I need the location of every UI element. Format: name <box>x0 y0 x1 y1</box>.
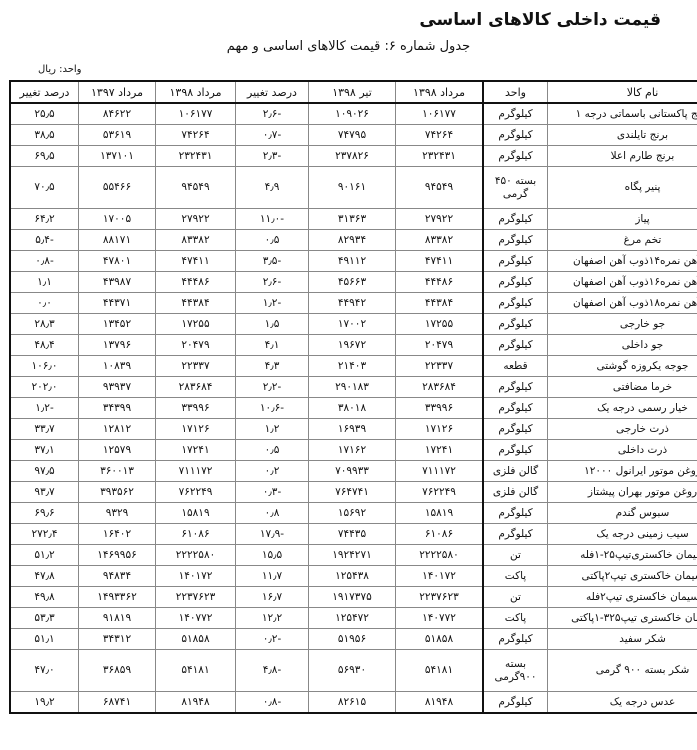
cell-mordad-1397: ۴۳۹۸۷ <box>79 272 156 293</box>
table-row: سیمان خاکستری‌تیپ۲۵-۱فلهتن۲۲۲۲۵۸۰۱۹۲۴۲۷۱… <box>10 545 697 566</box>
cell-item-name: برنج پاکستانی باسماتی درجه ۱ <box>548 103 697 125</box>
cell-pct-change-yearly: ۰٫۰ <box>10 293 79 314</box>
cell-item-name: ذرت خارجی <box>548 419 697 440</box>
cell-mordad-1398: ۱۷۱۲۶ <box>396 419 484 440</box>
cell-mordad-1398: ۲۲۳۳۷ <box>396 356 484 377</box>
cell-item-name: سیب زمینی درجه یک <box>548 524 697 545</box>
cell-pct-change-yearly: ۵۱٫۲ <box>10 545 79 566</box>
cell-tir-1398: ۲۹۰۱۸۳ <box>309 377 396 398</box>
table-row: جو داخلیکیلوگرم۲۰۴۷۹۱۹۶۷۲۴٫۱۲۰۴۷۹۱۳۷۹۶۴۸… <box>10 335 697 356</box>
cell-mordad-1397: ۱۳۷۱۰۱ <box>79 146 156 167</box>
cell-item-name: تیرآهن نمره۱۸ذوب آهن اصفهان <box>548 293 697 314</box>
cell-mordad-1398: ۲۰۴۷۹ <box>396 335 484 356</box>
cell-unit: تن <box>483 545 548 566</box>
cell-item-name: برنج تایلندی <box>548 125 697 146</box>
cell-pct-change-monthly: -۳٫۵ <box>236 251 309 272</box>
cell-tir-1398: ۷۰۹۹۳۳ <box>309 461 396 482</box>
cell-pct-change-monthly: -۲٫۲ <box>236 377 309 398</box>
cell-mordad-1398: ۱۷۲۵۵ <box>396 314 484 335</box>
table-row: تیرآهن نمره۱۶ذوب آهن اصفهانکیلوگرم۴۴۴۸۶۴… <box>10 272 697 293</box>
cell-item-name: روغن موتور بهران پیشتاز <box>548 482 697 503</box>
table-row: شکر بسته ۹۰۰ گرمیبسته ۹۰۰گرمی۵۴۱۸۱۵۶۹۳۰-… <box>10 650 697 692</box>
cell-pct-change-monthly: -۰٫۷ <box>236 125 309 146</box>
table-row: سیمان خاکستری تیپ۲پاکتیپاکت۱۴۰۱۷۲۱۲۵۴۳۸۱… <box>10 566 697 587</box>
cell-item-name: سبوس گندم <box>548 503 697 524</box>
cell-unit: بسته ۴۵۰ گرمی <box>483 167 548 209</box>
cell-mordad-1398: ۲۲۳۷۶۲۳ <box>396 587 484 608</box>
cell-unit: پاکت <box>483 566 548 587</box>
cell-pct-change-yearly: ۲۰۲٫۰ <box>10 377 79 398</box>
cell-mordad-1397: ۳۹۳۵۶۲ <box>79 482 156 503</box>
cell-mordad-1397: ۵۵۴۶۶ <box>79 167 156 209</box>
table-row: پیازکیلوگرم۲۷۹۲۲۳۱۳۶۳-۱۱٫۰۲۷۹۲۲۱۷۰۰۵۶۴٫۲ <box>10 209 697 230</box>
cell-mordad-1397: ۴۷۸۰۱ <box>79 251 156 272</box>
cell-pct-change-monthly: ۰٫۵ <box>236 440 309 461</box>
cell-mordad-1398: ۷۴۲۶۴ <box>396 125 484 146</box>
cell-mordad-1398-b: ۱۷۲۵۵ <box>156 314 236 335</box>
cell-tir-1398: ۲۳۷۸۲۶ <box>309 146 396 167</box>
cell-mordad-1398-b: ۴۴۳۸۴ <box>156 293 236 314</box>
cell-pct-change-monthly: -۱۱٫۰ <box>236 209 309 230</box>
cell-mordad-1398: ۱۴۰۱۷۲ <box>396 566 484 587</box>
cell-mordad-1398-b: ۲۸۳۶۸۴ <box>156 377 236 398</box>
cell-mordad-1397: ۳۴۳۱۲ <box>79 629 156 650</box>
price-table: نام کالا واحد مرداد ۱۳۹۸ تیر ۱۳۹۸ درصد ت… <box>9 80 697 714</box>
cell-pct-change-yearly: -۰٫۸ <box>10 251 79 272</box>
table-body: برنج پاکستانی باسماتی درجه ۱کیلوگرم۱۰۶۱۷… <box>10 103 697 713</box>
cell-tir-1398: ۱۷۱۶۲ <box>309 440 396 461</box>
cell-mordad-1397: ۱۷۰۰۵ <box>79 209 156 230</box>
cell-mordad-1398-b: ۸۳۳۸۲ <box>156 230 236 251</box>
cell-pct-change-yearly: ۱۹٫۲ <box>10 692 79 714</box>
cell-mordad-1398-b: ۲۰۴۷۹ <box>156 335 236 356</box>
cell-unit: کیلوگرم <box>483 125 548 146</box>
table-row: تیرآهن نمره۱۸ذوب آهن اصفهانکیلوگرم۴۴۳۸۴۴… <box>10 293 697 314</box>
cell-pct-change-yearly: ۱٫۱ <box>10 272 79 293</box>
cell-tir-1398: ۵۶۹۳۰ <box>309 650 396 692</box>
table-row: خیار رسمی درجه یککیلوگرم۳۳۹۹۶۳۸۰۱۸-۱۰٫۶۳… <box>10 398 697 419</box>
col-header-mordad-1398-b: مرداد ۱۳۹۸ <box>156 81 236 103</box>
cell-tir-1398: ۷۴۷۹۵ <box>309 125 396 146</box>
table-row: جوجه یکروزه گوشتیقطعه۲۲۳۳۷۲۱۴۰۳۴٫۳۲۲۳۳۷۱… <box>10 356 697 377</box>
cell-tir-1398: ۱۵۶۹۲ <box>309 503 396 524</box>
table-row: عدس درجه یککیلوگرم۸۱۹۴۸۸۲۶۱۵-۰٫۸۸۱۹۴۸۶۸۷… <box>10 692 697 714</box>
col-header-pct-change-yearly: درصد تغییر <box>10 81 79 103</box>
cell-mordad-1397: ۸۸۱۷۱ <box>79 230 156 251</box>
cell-tir-1398: ۴۵۶۶۳ <box>309 272 396 293</box>
cell-item-name: سیمان خاکستری‌تیپ۲۵-۱فله <box>548 545 697 566</box>
cell-mordad-1398: ۵۱۸۵۸ <box>396 629 484 650</box>
cell-mordad-1398-b: ۲۲۳۷۶۲۳ <box>156 587 236 608</box>
cell-mordad-1398-b: ۲۷۹۲۲ <box>156 209 236 230</box>
cell-unit: کیلوگرم <box>483 272 548 293</box>
cell-item-name: عدس درجه یک <box>548 692 697 714</box>
cell-mordad-1398: ۲۳۲۴۳۱ <box>396 146 484 167</box>
cell-mordad-1398: ۴۷۴۱۱ <box>396 251 484 272</box>
col-header-item-name: نام کالا <box>548 81 697 103</box>
cell-mordad-1398-b: ۲۲۲۲۵۸۰ <box>156 545 236 566</box>
table-header-row: نام کالا واحد مرداد ۱۳۹۸ تیر ۱۳۹۸ درصد ت… <box>10 81 697 103</box>
cell-item-name: جو داخلی <box>548 335 697 356</box>
cell-mordad-1398: ۱۵۸۱۹ <box>396 503 484 524</box>
cell-pct-change-monthly: -۴٫۸ <box>236 650 309 692</box>
cell-mordad-1397: ۱۲۸۱۲ <box>79 419 156 440</box>
cell-mordad-1398-b: ۶۱۰۸۶ <box>156 524 236 545</box>
cell-pct-change-yearly: ۶۹٫۵ <box>10 146 79 167</box>
cell-pct-change-monthly: ۱۵٫۵ <box>236 545 309 566</box>
cell-mordad-1398-b: ۷۴۲۶۴ <box>156 125 236 146</box>
cell-unit: کیلوگرم <box>483 230 548 251</box>
page-title: قیمت داخلی کالاهای اساسی <box>419 10 661 30</box>
cell-unit: بسته ۹۰۰گرمی <box>483 650 548 692</box>
cell-unit: کیلوگرم <box>483 293 548 314</box>
cell-mordad-1398: ۲۸۳۶۸۴ <box>396 377 484 398</box>
cell-tir-1398: ۱۹۲۴۲۷۱ <box>309 545 396 566</box>
cell-tir-1398: ۸۲۹۳۴ <box>309 230 396 251</box>
cell-mordad-1398-b: ۸۱۹۴۸ <box>156 692 236 714</box>
cell-mordad-1397: ۴۴۳۷۱ <box>79 293 156 314</box>
cell-pct-change-yearly: ۵۱٫۱ <box>10 629 79 650</box>
cell-tir-1398: ۵۱۹۵۶ <box>309 629 396 650</box>
cell-mordad-1398-b: ۱۰۶۱۷۷ <box>156 103 236 125</box>
cell-tir-1398: ۳۸۰۱۸ <box>309 398 396 419</box>
cell-tir-1398: ۷۶۴۷۴۱ <box>309 482 396 503</box>
cell-pct-change-monthly: ۱۲٫۲ <box>236 608 309 629</box>
cell-unit: کیلوگرم <box>483 103 548 125</box>
table-row: برنج تایلندیکیلوگرم۷۴۲۶۴۷۴۷۹۵-۰٫۷۷۴۲۶۴۵۳… <box>10 125 697 146</box>
cell-unit: کیلوگرم <box>483 251 548 272</box>
cell-pct-change-monthly: ۱۶٫۷ <box>236 587 309 608</box>
cell-unit: کیلوگرم <box>483 440 548 461</box>
cell-pct-change-yearly: -۱٫۲ <box>10 398 79 419</box>
cell-pct-change-monthly: ۴٫۱ <box>236 335 309 356</box>
cell-item-name: برنج طارم اعلا <box>548 146 697 167</box>
col-header-pct-change-monthly: درصد تغییر <box>236 81 309 103</box>
cell-tir-1398: ۴۴۹۴۲ <box>309 293 396 314</box>
cell-mordad-1398: ۷۶۲۲۴۹ <box>396 482 484 503</box>
table-row: سیمان خاکستری تیپ۲فلهتن۲۲۳۷۶۲۳۱۹۱۷۳۷۵۱۶٫… <box>10 587 697 608</box>
cell-mordad-1398: ۸۱۹۴۸ <box>396 692 484 714</box>
cell-unit: کیلوگرم <box>483 398 548 419</box>
cell-pct-change-yearly: ۴۹٫۸ <box>10 587 79 608</box>
cell-mordad-1398: ۶۱۰۸۶ <box>396 524 484 545</box>
cell-pct-change-monthly: ۴٫۳ <box>236 356 309 377</box>
table-row: سیب زمینی درجه یککیلوگرم۶۱۰۸۶۷۴۴۳۵-۱۷٫۹۶… <box>10 524 697 545</box>
cell-mordad-1398-b: ۳۳۹۹۶ <box>156 398 236 419</box>
cell-tir-1398: ۱۲۵۴۳۸ <box>309 566 396 587</box>
table-row: روغن موتور ایرانول ۱۲۰۰۰گالن فلزی۷۱۱۱۷۲۷… <box>10 461 697 482</box>
cell-pct-change-yearly: ۲۸٫۳ <box>10 314 79 335</box>
cell-mordad-1398-b: ۷۱۱۱۷۲ <box>156 461 236 482</box>
col-header-unit: واحد <box>483 81 548 103</box>
cell-mordad-1397: ۶۸۷۴۱ <box>79 692 156 714</box>
cell-unit: کیلوگرم <box>483 377 548 398</box>
cell-mordad-1397: ۹۴۸۳۴ <box>79 566 156 587</box>
cell-mordad-1398: ۱۰۶۱۷۷ <box>396 103 484 125</box>
cell-mordad-1397: ۳۶۰۰۱۳ <box>79 461 156 482</box>
cell-tir-1398: ۲۱۴۰۳ <box>309 356 396 377</box>
cell-pct-change-monthly: ۰٫۸ <box>236 503 309 524</box>
cell-pct-change-yearly: ۳۷٫۱ <box>10 440 79 461</box>
cell-item-name: تیرآهن نمره۱۴ذوب آهن اصفهان <box>548 251 697 272</box>
cell-item-name: شکر سفید <box>548 629 697 650</box>
cell-item-name: خرما مضافتی <box>548 377 697 398</box>
cell-unit: کیلوگرم <box>483 524 548 545</box>
cell-mordad-1397: ۱۲۵۷۹ <box>79 440 156 461</box>
cell-pct-change-yearly: ۳۸٫۵ <box>10 125 79 146</box>
table-row: شکر سفیدکیلوگرم۵۱۸۵۸۵۱۹۵۶-۰٫۲۵۱۸۵۸۳۴۳۱۲۵… <box>10 629 697 650</box>
cell-mordad-1398-b: ۴۴۴۸۶ <box>156 272 236 293</box>
cell-unit: تن <box>483 587 548 608</box>
cell-mordad-1397: ۹۳۹۳۷ <box>79 377 156 398</box>
table-row: ذرت داخلیکیلوگرم۱۷۲۴۱۱۷۱۶۲۰٫۵۱۷۲۴۱۱۲۵۷۹۳… <box>10 440 697 461</box>
cell-mordad-1398: ۲۷۹۲۲ <box>396 209 484 230</box>
cell-pct-change-yearly: ۲۷۲٫۴ <box>10 524 79 545</box>
cell-item-name: تخم مرغ <box>548 230 697 251</box>
cell-mordad-1398-b: ۴۷۴۱۱ <box>156 251 236 272</box>
cell-pct-change-monthly: ۱٫۲ <box>236 419 309 440</box>
cell-pct-change-monthly: -۰٫۲ <box>236 629 309 650</box>
cell-unit: کیلوگرم <box>483 314 548 335</box>
cell-tir-1398: ۱۷۰۰۲ <box>309 314 396 335</box>
cell-pct-change-yearly: ۶۹٫۶ <box>10 503 79 524</box>
cell-pct-change-yearly: ۵۳٫۳ <box>10 608 79 629</box>
cell-pct-change-yearly: ۶۴٫۲ <box>10 209 79 230</box>
cell-unit: کیلوگرم <box>483 629 548 650</box>
cell-mordad-1397: ۹۳۲۹ <box>79 503 156 524</box>
cell-pct-change-monthly: ۱٫۵ <box>236 314 309 335</box>
table-row: ذرت خارجیکیلوگرم۱۷۱۲۶۱۶۹۳۹۱٫۲۱۷۱۲۶۱۲۸۱۲۳… <box>10 419 697 440</box>
cell-item-name: جوجه یکروزه گوشتی <box>548 356 697 377</box>
cell-item-name: تیرآهن نمره۱۶ذوب آهن اصفهان <box>548 272 697 293</box>
cell-pct-change-monthly: ۴٫۹ <box>236 167 309 209</box>
cell-mordad-1398-b: ۱۷۲۴۱ <box>156 440 236 461</box>
cell-mordad-1397: ۱۰۸۳۹ <box>79 356 156 377</box>
cell-pct-change-yearly: ۷۰٫۵ <box>10 167 79 209</box>
cell-pct-change-monthly: -۰٫۳ <box>236 482 309 503</box>
cell-pct-change-yearly: ۴۷٫۸ <box>10 566 79 587</box>
cell-mordad-1397: ۳۶۸۵۹ <box>79 650 156 692</box>
cell-item-name: ذرت داخلی <box>548 440 697 461</box>
cell-item-name: شکر بسته ۹۰۰ گرمی <box>548 650 697 692</box>
cell-item-name: روغن موتور ایرانول ۱۲۰۰۰ <box>548 461 697 482</box>
table-row: پنیر پگاهبسته ۴۵۰ گرمی۹۴۵۴۹۹۰۱۶۱۴٫۹۹۴۵۴۹… <box>10 167 697 209</box>
table-row: خرما مضافتیکیلوگرم۲۸۳۶۸۴۲۹۰۱۸۳-۲٫۲۲۸۳۶۸۴… <box>10 377 697 398</box>
cell-mordad-1397: ۱۳۷۹۶ <box>79 335 156 356</box>
col-header-tir-1398: تیر ۱۳۹۸ <box>309 81 396 103</box>
cell-unit: پاکت <box>483 608 548 629</box>
cell-tir-1398: ۸۲۶۱۵ <box>309 692 396 714</box>
cell-tir-1398: ۳۱۳۶۳ <box>309 209 396 230</box>
cell-pct-change-monthly: -۱۰٫۶ <box>236 398 309 419</box>
cell-pct-change-yearly: ۲۵٫۵ <box>10 103 79 125</box>
cell-mordad-1397: ۳۴۳۹۹ <box>79 398 156 419</box>
cell-unit: قطعه <box>483 356 548 377</box>
cell-mordad-1398: ۵۴۱۸۱ <box>396 650 484 692</box>
col-header-mordad-1397: مرداد ۱۳۹۷ <box>79 81 156 103</box>
cell-mordad-1397: ۱۴۶۹۹۵۶ <box>79 545 156 566</box>
cell-mordad-1397: ۵۳۶۱۹ <box>79 125 156 146</box>
cell-mordad-1398: ۹۴۵۴۹ <box>396 167 484 209</box>
cell-pct-change-yearly: ۴۷٫۰ <box>10 650 79 692</box>
cell-item-name: خیار رسمی درجه یک <box>548 398 697 419</box>
table-row: تخم مرغکیلوگرم۸۳۳۸۲۸۲۹۳۴۰٫۵۸۳۳۸۲۸۸۱۷۱-۵٫… <box>10 230 697 251</box>
cell-pct-change-yearly: -۵٫۴ <box>10 230 79 251</box>
cell-item-name: پیاز <box>548 209 697 230</box>
unit-note: واحد: ریال <box>38 64 82 75</box>
cell-mordad-1398-b: ۹۴۵۴۹ <box>156 167 236 209</box>
cell-item-name: پنیر پگاه <box>548 167 697 209</box>
cell-mordad-1397: ۱۶۴۰۲ <box>79 524 156 545</box>
cell-pct-change-yearly: ۳۳٫۷ <box>10 419 79 440</box>
table-caption: جدول شماره ۶: قیمت کالاهای اساسی و مهم <box>0 39 697 54</box>
table-row: تیرآهن نمره۱۴ذوب آهن اصفهانکیلوگرم۴۷۴۱۱۴… <box>10 251 697 272</box>
cell-tir-1398: ۱۹۶۷۲ <box>309 335 396 356</box>
table-row: سیمان خاکستری تیپ۳۲۵-۱پاکتیپاکت۱۴۰۷۷۲۱۲۵… <box>10 608 697 629</box>
cell-tir-1398: ۱۲۵۴۷۲ <box>309 608 396 629</box>
cell-pct-change-monthly: ۰٫۵ <box>236 230 309 251</box>
cell-unit: کیلوگرم <box>483 503 548 524</box>
cell-mordad-1397: ۱۳۴۵۲ <box>79 314 156 335</box>
cell-pct-change-yearly: ۴۸٫۴ <box>10 335 79 356</box>
cell-mordad-1398: ۱۴۰۷۷۲ <box>396 608 484 629</box>
cell-pct-change-monthly: -۱٫۲ <box>236 293 309 314</box>
cell-pct-change-monthly: ۰٫۲ <box>236 461 309 482</box>
cell-tir-1398: ۱۶۹۳۹ <box>309 419 396 440</box>
cell-mordad-1398-b: ۵۱۸۵۸ <box>156 629 236 650</box>
cell-pct-change-yearly: ۱۰۶٫۰ <box>10 356 79 377</box>
cell-mordad-1398-b: ۱۴۰۷۷۲ <box>156 608 236 629</box>
cell-unit: کیلوگرم <box>483 209 548 230</box>
cell-mordad-1397: ۱۴۹۳۳۶۲ <box>79 587 156 608</box>
cell-mordad-1397: ۸۴۶۲۲ <box>79 103 156 125</box>
cell-unit: گالن فلزی <box>483 482 548 503</box>
cell-mordad-1398-b: ۱۵۸۱۹ <box>156 503 236 524</box>
cell-unit: گالن فلزی <box>483 461 548 482</box>
table-row: برنج طارم اعلاکیلوگرم۲۳۲۴۳۱۲۳۷۸۲۶-۲٫۳۲۳۲… <box>10 146 697 167</box>
cell-pct-change-yearly: ۹۳٫۷ <box>10 482 79 503</box>
cell-tir-1398: ۹۰۱۶۱ <box>309 167 396 209</box>
cell-pct-change-monthly: -۱۷٫۹ <box>236 524 309 545</box>
cell-pct-change-monthly: ۱۱٫۷ <box>236 566 309 587</box>
table-row: جو خارجیکیلوگرم۱۷۲۵۵۱۷۰۰۲۱٫۵۱۷۲۵۵۱۳۴۵۲۲۸… <box>10 314 697 335</box>
cell-unit: کیلوگرم <box>483 146 548 167</box>
cell-pct-change-monthly: -۲٫۳ <box>236 146 309 167</box>
cell-item-name: سیمان خاکستری تیپ۳۲۵-۱پاکتی <box>548 608 697 629</box>
cell-pct-change-monthly: -۲٫۶ <box>236 103 309 125</box>
cell-mordad-1398: ۱۷۲۴۱ <box>396 440 484 461</box>
cell-pct-change-monthly: -۲٫۶ <box>236 272 309 293</box>
cell-mordad-1398: ۴۴۳۸۴ <box>396 293 484 314</box>
cell-item-name: سیمان خاکستری تیپ۲فله <box>548 587 697 608</box>
cell-tir-1398: ۷۴۴۳۵ <box>309 524 396 545</box>
cell-mordad-1398: ۳۳۹۹۶ <box>396 398 484 419</box>
cell-tir-1398: ۱۰۹۰۲۶ <box>309 103 396 125</box>
table-row: برنج پاکستانی باسماتی درجه ۱کیلوگرم۱۰۶۱۷… <box>10 103 697 125</box>
cell-item-name: سیمان خاکستری تیپ۲پاکتی <box>548 566 697 587</box>
cell-mordad-1398-b: ۱۷۱۲۶ <box>156 419 236 440</box>
col-header-mordad-1398: مرداد ۱۳۹۸ <box>396 81 484 103</box>
cell-pct-change-monthly: -۰٫۸ <box>236 692 309 714</box>
cell-mordad-1398-b: ۲۳۲۴۳۱ <box>156 146 236 167</box>
cell-unit: کیلوگرم <box>483 692 548 714</box>
cell-item-name: جو خارجی <box>548 314 697 335</box>
cell-tir-1398: ۴۹۱۱۲ <box>309 251 396 272</box>
cell-pct-change-yearly: ۹۷٫۵ <box>10 461 79 482</box>
cell-mordad-1398: ۷۱۱۱۷۲ <box>396 461 484 482</box>
table-row: روغن موتور بهران پیشتازگالن فلزی۷۶۲۲۴۹۷۶… <box>10 482 697 503</box>
cell-mordad-1398-b: ۵۴۱۸۱ <box>156 650 236 692</box>
cell-unit: کیلوگرم <box>483 419 548 440</box>
cell-mordad-1398: ۲۲۲۲۵۸۰ <box>396 545 484 566</box>
table-row: سبوس گندمکیلوگرم۱۵۸۱۹۱۵۶۹۲۰٫۸۱۵۸۱۹۹۳۲۹۶۹… <box>10 503 697 524</box>
cell-mordad-1398-b: ۷۶۲۲۴۹ <box>156 482 236 503</box>
cell-mordad-1398: ۴۴۴۸۶ <box>396 272 484 293</box>
cell-unit: کیلوگرم <box>483 335 548 356</box>
cell-mordad-1398: ۸۳۳۸۲ <box>396 230 484 251</box>
cell-mordad-1397: ۹۱۸۱۹ <box>79 608 156 629</box>
cell-mordad-1398-b: ۱۴۰۱۷۲ <box>156 566 236 587</box>
cell-tir-1398: ۱۹۱۷۳۷۵ <box>309 587 396 608</box>
cell-mordad-1398-b: ۲۲۳۳۷ <box>156 356 236 377</box>
